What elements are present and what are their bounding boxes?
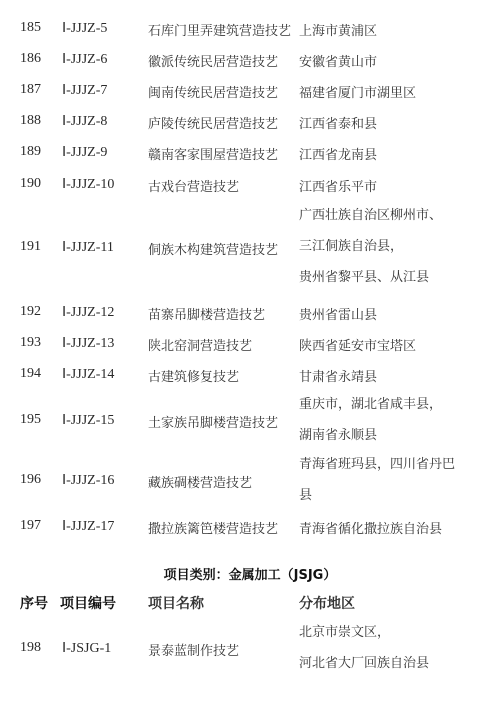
item-name: 苗寨吊脚楼营造技艺 xyxy=(148,304,265,323)
item-code: Ⅰ-JJJZ-9 xyxy=(62,144,107,161)
item-name: 藏族碉楼营造技艺 xyxy=(148,472,252,491)
item-region: 青海省班玛县，四川省丹巴 县 xyxy=(299,449,455,511)
row-number: 187 xyxy=(20,82,41,98)
region-line: 青海省班玛县，四川省丹巴 xyxy=(299,449,455,480)
region-line: 县 xyxy=(299,480,455,511)
row-number: 197 xyxy=(20,518,41,534)
item-region: 北京市崇文区， 河北省大厂回族自治县 xyxy=(299,617,429,679)
item-name: 景泰蓝制作技艺 xyxy=(148,640,239,659)
item-code: Ⅰ-JJJZ-6 xyxy=(62,51,107,68)
item-code: Ⅰ-JJJZ-12 xyxy=(62,304,114,321)
document-page: 185 Ⅰ-JJJZ-5 石库门里弄建筑营造技艺 上海市黄浦区 186 Ⅰ-JJ… xyxy=(0,0,500,711)
item-code: Ⅰ-JJJZ-13 xyxy=(62,335,114,352)
item-name: 撒拉族篱笆楼营造技艺 xyxy=(148,518,278,537)
item-name: 古建筑修复技艺 xyxy=(148,366,239,385)
item-region: 江西省乐平市 xyxy=(299,176,377,195)
region-line: 湖南省永顺县 xyxy=(299,420,442,451)
item-code: Ⅰ-JJJZ-7 xyxy=(62,82,107,99)
item-region: 江西省泰和县 xyxy=(299,113,377,132)
row-number: 198 xyxy=(20,640,41,656)
row-number: 194 xyxy=(20,366,41,382)
header-name: 项目名称 xyxy=(148,593,204,613)
row-number: 196 xyxy=(20,472,41,488)
row-number: 185 xyxy=(20,20,41,36)
header-code: 项目编号 xyxy=(60,593,116,613)
item-name: 赣南客家围屋营造技艺 xyxy=(148,144,278,163)
item-code: Ⅰ-JJJZ-5 xyxy=(62,20,107,37)
item-region: 青海省循化撒拉族自治县 xyxy=(299,518,442,537)
item-region: 重庆市，湖北省咸丰县， 湖南省永顺县 xyxy=(299,389,442,451)
item-region: 贵州省雷山县 xyxy=(299,304,377,323)
item-region: 安徽省黄山市 xyxy=(299,51,377,70)
row-number: 191 xyxy=(20,239,41,255)
item-name: 徽派传统民居营造技艺 xyxy=(148,51,278,70)
item-code: Ⅰ-JJJZ-10 xyxy=(62,176,114,193)
item-code: Ⅰ-JJJZ-15 xyxy=(62,412,114,429)
item-region: 福建省厦门市湖里区 xyxy=(299,82,416,101)
row-number: 190 xyxy=(20,176,41,192)
item-name: 土家族吊脚楼营造技艺 xyxy=(148,412,278,431)
item-region: 甘肃省永靖县 xyxy=(299,366,377,385)
row-number: 192 xyxy=(20,304,41,320)
row-number: 193 xyxy=(20,335,41,351)
region-line: 北京市崇文区， xyxy=(299,617,429,648)
item-code: Ⅰ-JSJG-1 xyxy=(62,640,111,657)
item-region: 广西壮族自治区柳州市、 三江侗族自治县， 贵州省黎平县、从江县 xyxy=(299,200,442,293)
item-region: 陕西省延安市宝塔区 xyxy=(299,335,416,354)
item-code: Ⅰ-JJJZ-17 xyxy=(62,518,114,535)
region-line: 河北省大厂回族自治县 xyxy=(299,648,429,679)
item-name: 石库门里弄建筑营造技艺 xyxy=(148,20,291,39)
item-code: Ⅰ-JJJZ-8 xyxy=(62,113,107,130)
item-name: 侗族木构建筑营造技艺 xyxy=(148,239,278,258)
header-number: 序号 xyxy=(20,593,48,613)
region-line: 贵州省黎平县、从江县 xyxy=(299,262,442,293)
region-line: 重庆市，湖北省咸丰县， xyxy=(299,389,442,420)
row-number: 195 xyxy=(20,412,41,428)
region-line: 三江侗族自治县， xyxy=(299,231,442,262)
row-number: 189 xyxy=(20,144,41,160)
region-line: 广西壮族自治区柳州市、 xyxy=(299,200,442,231)
item-name: 闽南传统民居营造技艺 xyxy=(148,82,278,101)
item-code: Ⅰ-JJJZ-14 xyxy=(62,366,114,383)
section-title: 项目类别：金属加工（JSJG） xyxy=(0,564,500,583)
item-region: 江西省龙南县 xyxy=(299,144,377,163)
row-number: 188 xyxy=(20,113,41,129)
item-region: 上海市黄浦区 xyxy=(299,20,377,39)
item-name: 庐陵传统民居营造技艺 xyxy=(148,113,278,132)
item-name: 陕北窑洞营造技艺 xyxy=(148,335,252,354)
item-name: 古戏台营造技艺 xyxy=(148,176,239,195)
item-code: Ⅰ-JJJZ-16 xyxy=(62,472,114,489)
item-code: Ⅰ-JJJZ-11 xyxy=(62,239,114,256)
row-number: 186 xyxy=(20,51,41,67)
header-region: 分布地区 xyxy=(299,593,355,613)
